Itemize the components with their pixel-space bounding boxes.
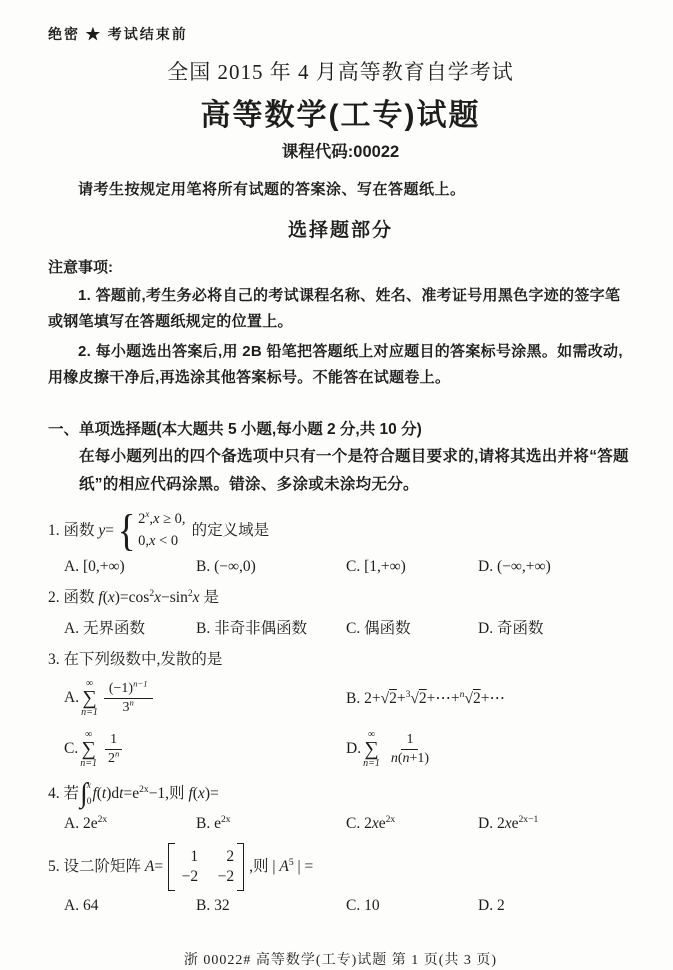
q5-stem-suffix: ,则 | A5 | =: [249, 855, 313, 878]
integral-upper-limit: x: [87, 779, 92, 793]
exam-subject-title: 高等数学(工专)试题: [48, 90, 633, 134]
matrix-cell: 1: [178, 847, 198, 866]
question-1-stem: 1. 函数 y= { 2x,x ≥ 0, 0,x < 0 的定义域是: [48, 509, 633, 553]
fraction: 1 n(n+1): [386, 731, 434, 767]
question-2-stem: 2. 函数 f(x)=cos2x−sin2x 是: [48, 586, 633, 609]
page-footer: 浙 00022# 高等数学(工专)试题 第 1 页(共 3 页): [48, 949, 633, 969]
classification-banner: 绝密 ★ 考试结束前: [48, 24, 633, 44]
option-3B-series: B. 2+√2+3√2+⋯+n√2+⋯: [346, 689, 505, 708]
question-3: 3. 在下列级数中,发散的是 A. ∞ ∑ n=1 (−1)n−1 3n B. …: [48, 648, 633, 769]
option-4A: A. 2e2x: [64, 815, 196, 833]
part1-instruction: 在每小题列出的四个备选项中只有一个是符合题目要求的,请将其选出并将“答题纸”的相…: [48, 443, 633, 499]
option-2B: B. 非奇非偶函数: [196, 616, 346, 638]
option-3A-label: A.: [64, 689, 79, 707]
question-2: 2. 函数 f(x)=cos2x−sin2x 是 A. 无界函数 B. 非奇非偶…: [48, 586, 633, 637]
option-3C-label: C.: [64, 740, 78, 758]
question-2-options: A. 无界函数 B. 非奇非偶函数 C. 偶函数 D. 奇函数: [48, 616, 633, 638]
option-4D: D. 2xe2x−1: [478, 815, 633, 833]
q1-case-2: 0,x < 0: [138, 531, 185, 553]
option-2A: A. 无界函数: [64, 616, 196, 638]
q1-stem-suffix: 的定义域是: [192, 519, 270, 542]
option-3D-label: D.: [346, 740, 361, 758]
option-4C: C. 2xe2x: [346, 815, 478, 833]
option-2D: D. 奇函数: [478, 616, 633, 638]
section-title: 选择题部分: [48, 215, 633, 242]
matrix-cell: 2: [214, 847, 234, 866]
integral-symbol: ∫ x 0: [80, 779, 91, 809]
option-3D: D. ∞ ∑ n=1 1 n(n+1): [346, 730, 633, 769]
question-3-options: A. ∞ ∑ n=1 (−1)n−1 3n B. 2+√2+3√2+⋯+n√2+…: [48, 679, 633, 769]
option-4B: B. e2x: [196, 815, 346, 833]
integral-lower-limit: 0: [87, 795, 92, 809]
course-code: 课程代码:00022: [48, 138, 633, 162]
question-5-options: A. 64 B. 32 C. 10 D. 2: [48, 897, 633, 915]
option-3C: C. ∞ ∑ n=1 1 2n: [64, 730, 346, 769]
note-item-1: 1. 答题前,考生务必将自己的考试课程名称、姓名、准考证号用黑色字迹的签字笔或钢…: [48, 283, 633, 336]
question-3-stem: 3. 在下列级数中,发散的是: [48, 648, 633, 671]
fraction: (−1)n−1 3n: [104, 680, 153, 716]
question-4-options: A. 2e2x B. e2x C. 2xe2x D. 2xe2x−1: [48, 815, 633, 833]
option-1A: A. [0,+∞): [64, 558, 196, 576]
summation-symbol: ∞ ∑ n=1: [363, 730, 380, 769]
q1-case-1: 2x,x ≥ 0,: [138, 509, 185, 531]
exam-paper-page: 绝密 ★ 考试结束前 全国 2015 年 4 月高等教育自学考试 高等数学(工专…: [0, 0, 673, 970]
option-3A: A. ∞ ∑ n=1 (−1)n−1 3n: [64, 679, 346, 718]
option-5A: A. 64: [64, 897, 196, 915]
question-5: 5. 设二阶矩阵 A= 1 2 −2 −2 ,则 | A5 | = A. 64 …: [48, 843, 633, 915]
option-5D: D. 2: [478, 897, 633, 915]
question-1: 1. 函数 y= { 2x,x ≥ 0, 0,x < 0 的定义域是 A. [0…: [48, 509, 633, 577]
q5-stem-prefix: 5. 设二阶矩阵 A=: [48, 855, 163, 878]
option-1C: C. [1,+∞): [346, 558, 478, 576]
option-5B: B. 32: [196, 897, 346, 915]
q1-stem-prefix: 1. 函数 y=: [48, 519, 114, 542]
exam-session-title: 全国 2015 年 4 月高等教育自学考试: [48, 56, 633, 86]
option-3B: B. 2+√2+3√2+⋯+n√2+⋯: [346, 689, 633, 708]
piecewise-brace: {: [118, 511, 136, 551]
question-4-stem: 4. 若 ∫ x 0 f(t)dt=e2x−1,则 f(x)=: [48, 779, 633, 809]
part1-heading: 一、单项选择题(本大题共 5 小题,每小题 2 分,共 10 分): [48, 417, 633, 439]
summation-symbol: ∞ ∑ n=1: [80, 730, 97, 769]
summation-symbol: ∞ ∑ n=1: [81, 679, 98, 718]
q4-stem-prefix: 4. 若: [48, 782, 79, 805]
matrix-2x2: 1 2 −2 −2: [168, 843, 244, 891]
notes-heading: 注意事项:: [48, 256, 633, 277]
note-item-2: 2. 每小题选出答案后,用 2B 铅笔把答题纸上对应题目的答案标号涂黑。如需改动…: [48, 339, 633, 392]
question-4: 4. 若 ∫ x 0 f(t)dt=e2x−1,则 f(x)= A. 2e2x …: [48, 779, 633, 833]
option-1D: D. (−∞,+∞): [478, 558, 633, 576]
option-1B: B. (−∞,0): [196, 558, 346, 576]
fraction: 1 2n: [103, 731, 124, 767]
question-1-options: A. [0,+∞) B. (−∞,0) C. [1,+∞) D. (−∞,+∞): [48, 558, 633, 576]
q4-stem-suffix: f(t)dt=e2x−1,则 f(x)=: [92, 782, 218, 805]
q1-piecewise-cases: 2x,x ≥ 0, 0,x < 0: [138, 509, 185, 553]
integral-limits: x 0: [87, 779, 92, 809]
answer-sheet-instruction: 请考生按规定用笔将所有试题的答案涂、写在答题纸上。: [48, 178, 633, 199]
question-5-stem: 5. 设二阶矩阵 A= 1 2 −2 −2 ,则 | A5 | =: [48, 843, 633, 891]
option-2C: C. 偶函数: [346, 616, 478, 638]
option-5C: C. 10: [346, 897, 478, 915]
matrix-cell: −2: [178, 867, 198, 886]
matrix-cell: −2: [214, 867, 234, 886]
